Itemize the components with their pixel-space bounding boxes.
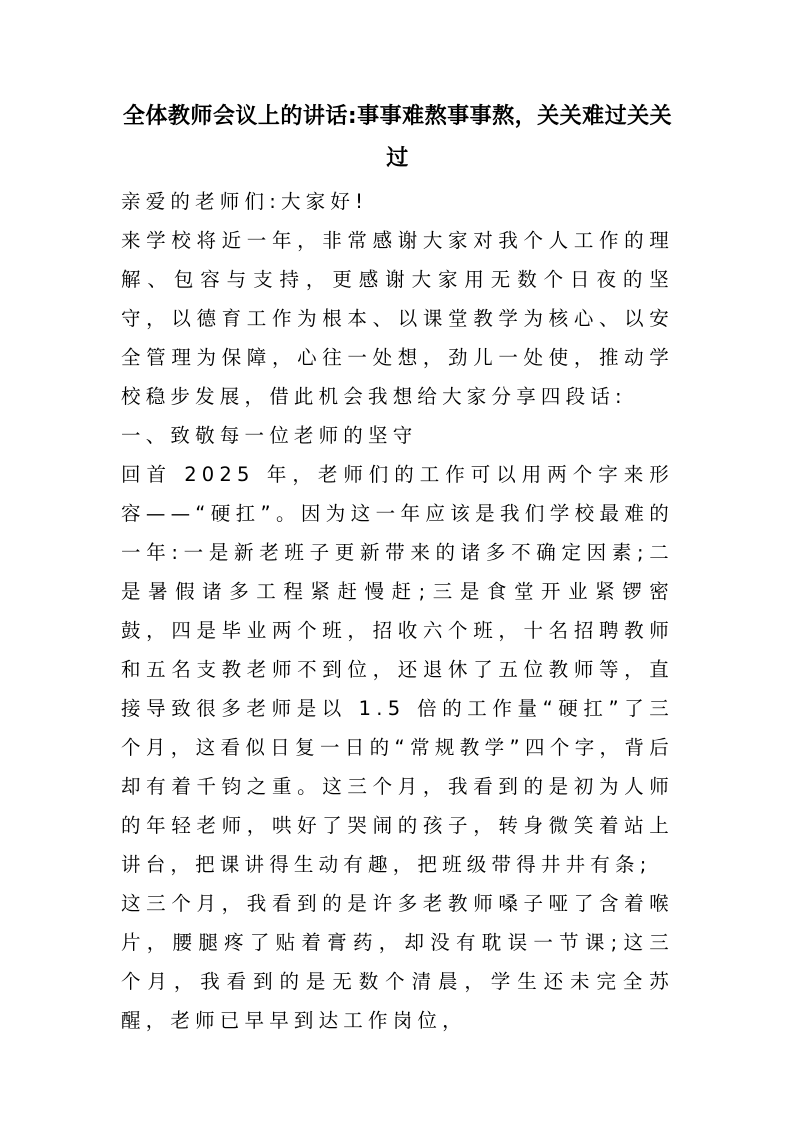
greeting-paragraph: 亲爱的老师们:大家好! [121, 182, 674, 221]
intro-paragraph: 来学校将近一年，非常感谢大家对我个人工作的理解、包容与支持，更感谢大家用无数个日… [121, 221, 674, 416]
document-page: 全体教师会议上的讲话:事事难熬事事熬，关关难过关关过 亲爱的老师们:大家好! 来… [121, 96, 674, 1040]
body-paragraph: 回首 2025 年，老师们的工作可以用两个字来形容——“硬扛”。因为这一年应该是… [121, 455, 674, 884]
section-heading: 一、致敬每一位老师的坚守 [121, 416, 674, 455]
document-title: 全体教师会议上的讲话:事事难熬事事熬，关关难过关关过 [121, 96, 674, 180]
body-paragraph: 这三个月，我看到的是许多老教师嗓子哑了含着喉片，腰腿疼了贴着膏药，却没有耽误一节… [121, 884, 674, 1040]
